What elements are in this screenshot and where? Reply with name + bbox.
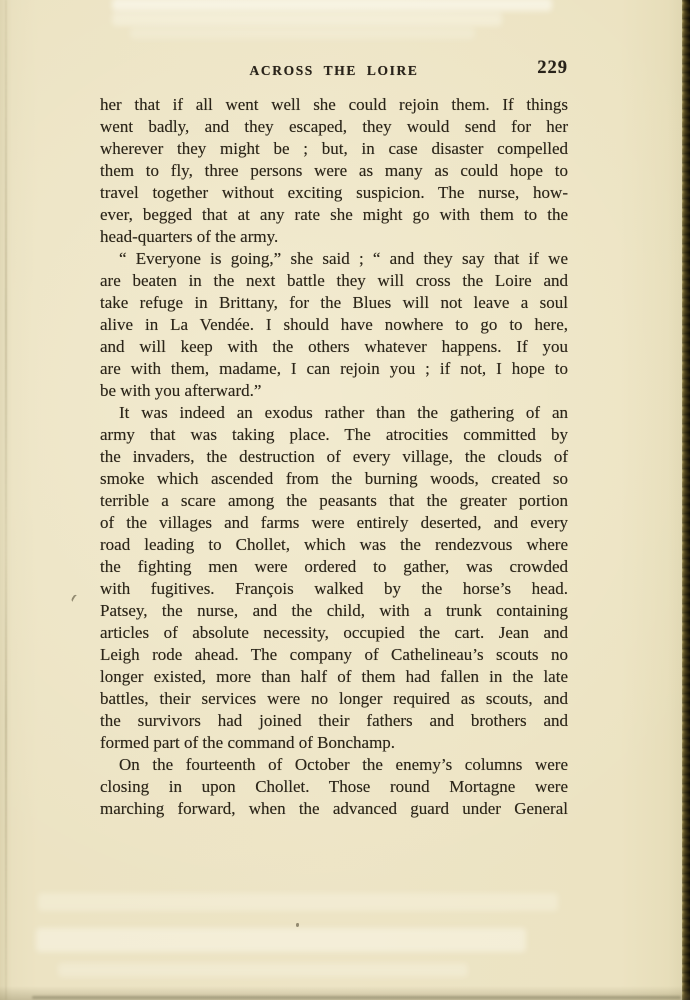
- text-line: road leading to Chollet, which was the r…: [100, 534, 568, 556]
- margin-pencil-mark: [70, 594, 80, 604]
- text-line: It was indeed an exodus rather than the …: [100, 402, 568, 424]
- text-line: terrible a scare among the peasants that…: [100, 490, 568, 512]
- text-line: went badly, and they escaped, they would…: [100, 116, 568, 138]
- ink-speck: [296, 923, 299, 927]
- text-line: the fighting men were ordered to gather,…: [100, 556, 568, 578]
- text-line: ever, begged that at any rate she might …: [100, 204, 568, 226]
- text-line: smoke which ascended from the burning wo…: [100, 468, 568, 490]
- book-page-edges: [682, 0, 690, 1000]
- scan-light-streak: [112, 12, 502, 26]
- text-line: Patsey, the nurse, and the child, with a…: [100, 600, 568, 622]
- text-line: are with them, madame, I can rejoin you …: [100, 358, 568, 380]
- text-line: closing in upon Chollet. Those round Mor…: [100, 776, 568, 798]
- body-text: her that if all went well she could rejo…: [100, 94, 568, 820]
- chapter-title: ACROSS THE LOIRE: [100, 63, 568, 79]
- running-head: ACROSS THE LOIRE 229: [100, 60, 568, 84]
- text-line: and will keep with the others whatever h…: [100, 336, 568, 358]
- scan-light-streak: [36, 928, 526, 952]
- text-line: battles, their services were no longer r…: [100, 688, 568, 710]
- text-line: are beaten in the next battle they will …: [100, 270, 568, 292]
- text-line: longer existed, more than half of them h…: [100, 666, 568, 688]
- text-line: with fugitives. François walked by the h…: [100, 578, 568, 600]
- text-line: head-quarters of the army.: [100, 226, 568, 248]
- text-line: marching forward, when the advanced guar…: [100, 798, 568, 820]
- text-line: On the fourteenth of October the enemy’s…: [100, 754, 568, 776]
- text-line: of the villages and farms were entirely …: [100, 512, 568, 534]
- text-line: “ Everyone is going,” she said ; “ and t…: [100, 248, 568, 270]
- text-line: alive in La Vendée. I should have nowher…: [100, 314, 568, 336]
- text-line: formed part of the command of Bonchamp.: [100, 732, 568, 754]
- text-line: be with you afterward.”: [100, 380, 568, 402]
- scan-light-streak: [112, 0, 552, 11]
- text-line: the survivors had joined their fathers a…: [100, 710, 568, 732]
- scan-light-streak: [58, 963, 468, 977]
- text-line: them to fly, three persons were as many …: [100, 160, 568, 182]
- text-line: travel together without exciting suspici…: [100, 182, 568, 204]
- text-line: wherever they might be ; but, in case di…: [100, 138, 568, 160]
- text-line: the invaders, the destruction of every v…: [100, 446, 568, 468]
- text-line: take refuge in Brittany, for the Blues w…: [100, 292, 568, 314]
- text-line: articles of absolute necessity, occupied…: [100, 622, 568, 644]
- book-page-scan: ACROSS THE LOIRE 229 her that if all wen…: [0, 0, 690, 1000]
- text-line: army that was taking place. The atrociti…: [100, 424, 568, 446]
- scan-light-streak: [130, 27, 475, 39]
- text-line: her that if all went well she could rejo…: [100, 94, 568, 116]
- bottom-shadow-line: [32, 996, 681, 999]
- text-line: Leigh rode ahead. The company of Catheli…: [100, 644, 568, 666]
- scan-light-streak: [38, 893, 558, 911]
- page-crease: [5, 0, 7, 1000]
- page-number: 229: [537, 58, 568, 79]
